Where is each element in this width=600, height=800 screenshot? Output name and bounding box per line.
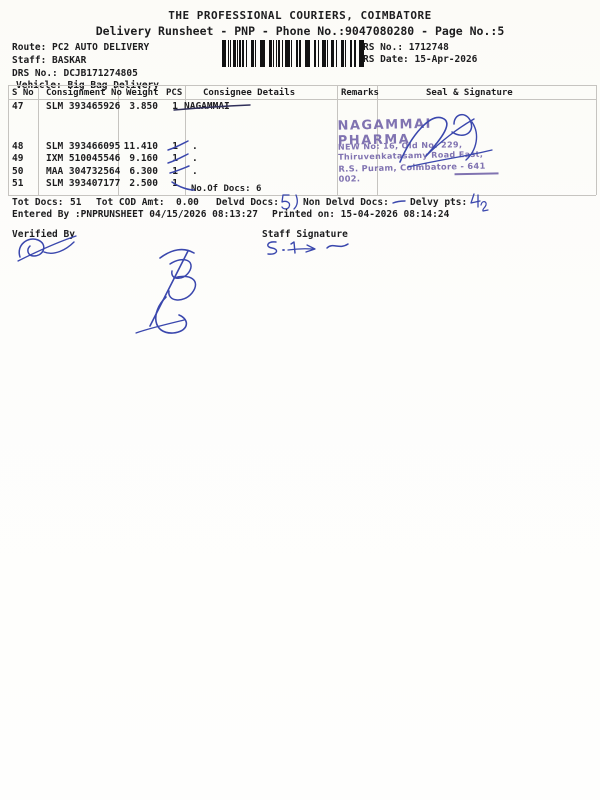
tot-cod-value: 0.00 — [176, 197, 199, 208]
row-sno: 51 — [12, 178, 23, 189]
row-weight: 3.850 — [110, 101, 158, 112]
rs-no-line: RS No.: 1712748 — [363, 42, 449, 53]
row-weight: 9.160 — [110, 153, 158, 164]
row-sno: 48 — [12, 141, 23, 152]
non-delvd-label: Non Delvd Docs: — [303, 197, 389, 208]
tick-mark-icon — [166, 140, 190, 152]
printed-on-line: Printed on: 15-04-2026 08:14:24 — [272, 209, 449, 220]
rs-date-line: RS Date: 15-Apr-2026 — [363, 54, 477, 65]
barcode-icon — [222, 40, 364, 67]
row-sno: 49 — [12, 153, 23, 164]
tot-cod-label: Tot COD Amt: — [96, 197, 165, 208]
table-vline — [8, 85, 9, 195]
col-header-pcs: PCS — [166, 88, 182, 98]
delvd-docs-label: Delvd Docs: — [216, 197, 279, 208]
row-sno: 50 — [12, 166, 23, 177]
col-header-seal: Seal & Signature — [426, 88, 513, 98]
tick-mark-icon — [170, 180, 196, 192]
table-bottom-border — [8, 195, 596, 196]
non-delvd-handwriting — [391, 198, 407, 206]
tick-mark-icon — [166, 153, 190, 165]
col-header-sno: S No — [12, 88, 34, 98]
receiver-signature-handwriting — [392, 104, 502, 176]
tot-docs-value: 51 — [70, 197, 81, 208]
col-header-weight: Weight — [126, 88, 159, 98]
table-vline — [38, 85, 39, 195]
row-weight: 11.410 — [110, 141, 158, 152]
row-weight: 6.300 — [110, 166, 158, 177]
delvy-pts-label: Delvy pts: — [410, 197, 467, 208]
row-weight: 2.500 — [110, 178, 158, 189]
table-vline — [596, 85, 597, 195]
table-header-border — [8, 99, 596, 100]
company-title: THE PROFESSIONAL COURIERS, COIMBATORE — [0, 9, 600, 22]
entered-by-line: Entered By :PNPRUNSHEET 04/15/2026 08:13… — [12, 209, 258, 220]
tick-mark-icon — [168, 164, 192, 176]
large-signature-handwriting — [128, 240, 258, 340]
verified-by-signature-handwriting — [14, 231, 86, 265]
row-pcs-dot: . — [192, 153, 198, 164]
strike-line-handwriting — [172, 101, 254, 113]
drs-no-line: DRS No.: DCJB171274805 — [12, 68, 138, 79]
delvy-pts-handwriting — [467, 192, 491, 214]
no-of-docs: No.Of Docs: 6 — [191, 184, 261, 194]
runsheet-title: Delivery Runsheet - PNP - Phone No.:9047… — [0, 24, 600, 38]
staff-line: Staff: BASKAR — [12, 55, 86, 66]
row-sno: 47 — [12, 101, 23, 112]
col-header-consignment: Consignment No — [46, 88, 122, 98]
row-pcs-dot: . — [192, 141, 198, 152]
tot-docs-label: Tot Docs: — [12, 197, 63, 208]
row-pcs-dot: . — [192, 166, 198, 177]
col-header-remarks: Remarks — [341, 88, 379, 98]
delivery-runsheet-document: THE PROFESSIONAL COURIERS, COIMBATORE De… — [0, 0, 600, 800]
table-top-border — [8, 85, 596, 86]
col-header-consignee: Consignee Details — [203, 88, 295, 98]
staff-signature-handwriting — [260, 238, 360, 260]
route-line: Route: PC2 AUTO DELIVERY — [12, 42, 149, 53]
